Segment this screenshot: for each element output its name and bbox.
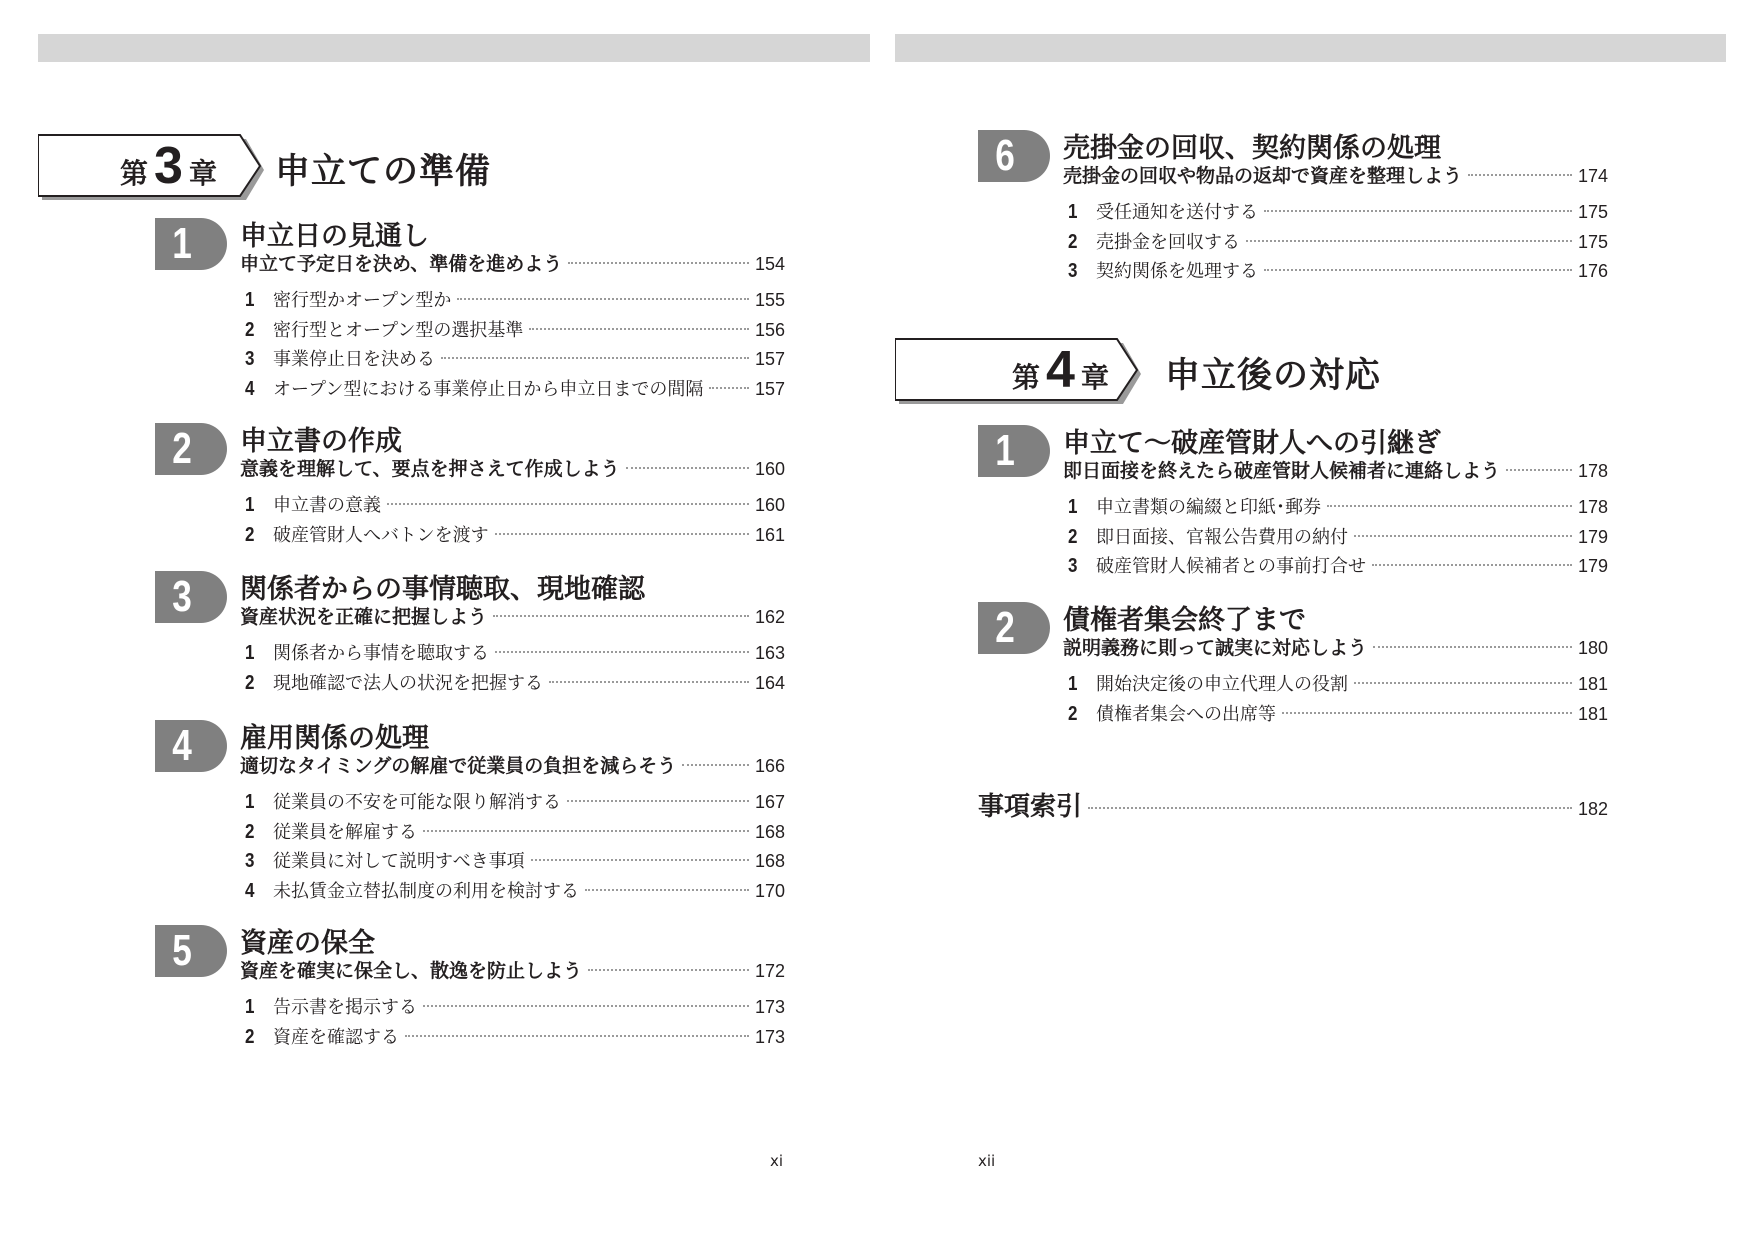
dotted-leader: [626, 467, 749, 469]
dotted-leader: [567, 800, 749, 802]
section-number: 4: [160, 722, 203, 770]
toc-item[interactable]: 2売掛金を回収する175: [1068, 228, 1608, 254]
item-number: 3: [245, 348, 269, 371]
page-number: 178: [1578, 461, 1608, 482]
page-number: 181: [1578, 674, 1608, 695]
item-number: 4: [245, 880, 269, 903]
toc-item[interactable]: 2即日面接、官報公告費用の納付179: [1068, 523, 1608, 549]
item-number: 1: [245, 642, 269, 665]
folio-right: xii: [978, 1152, 995, 1170]
item-number: 1: [1068, 201, 1092, 224]
item-number: 1: [245, 289, 269, 312]
section-number-badge: 2: [978, 602, 1050, 654]
section-title[interactable]: 申立日の見通し: [240, 214, 429, 253]
toc-item[interactable]: 1告示書を掲示する173: [245, 993, 785, 1019]
dotted-leader: [1282, 712, 1572, 714]
folio-left: xi: [770, 1152, 783, 1170]
page-number: 162: [755, 607, 785, 628]
dotted-leader: [682, 764, 749, 766]
item-label: 申立書類の編綴と印紙･郵券: [1096, 493, 1321, 519]
item-number: 4: [245, 378, 269, 401]
toc-item[interactable]: 1関係者から事情を聴取する163: [245, 639, 785, 665]
section-number: 2: [983, 604, 1026, 652]
dotted-leader: [1354, 535, 1572, 537]
item-label: 債権者集会への出席等: [1096, 700, 1276, 726]
page-number: 179: [1578, 527, 1608, 548]
section-subtitle: 資産状況を正確に把握しよう: [240, 602, 487, 629]
item-label: 従業員に対して説明すべき事項: [273, 847, 525, 873]
section-title[interactable]: 資産の保全: [240, 921, 375, 960]
item-label: 密行型とオープン型の選択基準: [273, 316, 523, 342]
dotted-leader: [531, 859, 749, 861]
item-label: 告示書を掲示する: [273, 993, 417, 1019]
section-number: 1: [983, 427, 1026, 475]
item-label: 事業停止日を決める: [273, 345, 435, 371]
page-number: 168: [755, 822, 785, 843]
section-number-badge: 4: [155, 720, 227, 772]
toc-item[interactable]: 3契約関係を処理する176: [1068, 257, 1608, 283]
chapter-title: 申立ての準備: [275, 144, 491, 194]
section-number: 5: [160, 927, 203, 975]
section-number: 6: [983, 132, 1026, 180]
dotted-leader: [423, 830, 749, 832]
page-number: 173: [755, 997, 785, 1018]
section-title[interactable]: 申立書の作成: [240, 419, 402, 458]
item-number: 3: [1068, 260, 1092, 283]
page-number: 155: [755, 290, 785, 311]
chapter-number: 3: [154, 140, 183, 192]
section-title[interactable]: 申立て～破産管財人への引継ぎ: [1063, 421, 1441, 460]
item-number: 2: [245, 524, 269, 547]
index-label: 事項索引: [978, 786, 1082, 823]
page-number: 180: [1578, 638, 1608, 659]
chapter-title: 申立後の対応: [1165, 348, 1381, 398]
dotted-leader: [1088, 807, 1572, 809]
page-number: 168: [755, 851, 785, 872]
dotted-leader: [1372, 564, 1572, 566]
section-subtitle: 即日面接を終えたら破産管財人候補者に連絡しよう: [1063, 456, 1500, 483]
toc-item[interactable]: 2密行型とオープン型の選択基準156: [245, 316, 785, 342]
dotted-leader: [493, 615, 749, 617]
toc-item[interactable]: 1密行型かオープン型か155: [245, 286, 785, 312]
item-number: 3: [245, 850, 269, 873]
dotted-leader: [1264, 210, 1572, 212]
section-number-badge: 2: [155, 423, 227, 475]
page-number: 172: [755, 961, 785, 982]
dotted-leader: [1354, 682, 1572, 684]
section-subtitle-row[interactable]: 意義を理解して、要点を押さえて作成しよう160: [240, 454, 785, 481]
item-label: 受任通知を送付する: [1096, 198, 1258, 224]
dotted-leader: [709, 387, 749, 389]
dotted-leader: [1468, 174, 1572, 176]
section-subtitle-row[interactable]: 即日面接を終えたら破産管財人候補者に連絡しよう178: [1063, 456, 1608, 483]
section-number-badge: 5: [155, 925, 227, 977]
section-subtitle: 説明義務に則って誠実に対応しよう: [1063, 633, 1367, 660]
dotted-leader: [1506, 469, 1572, 471]
page-number: 173: [755, 1027, 785, 1048]
dotted-leader: [568, 262, 749, 264]
page-number: 179: [1578, 556, 1608, 577]
section-subtitle-row[interactable]: 資産状況を正確に把握しよう162: [240, 602, 785, 629]
section-subtitle: 資産を確実に保全し、散逸を防止しよう: [240, 956, 582, 983]
item-label: 契約関係を処理する: [1096, 257, 1258, 283]
toc-item[interactable]: 3従業員に対して説明すべき事項168: [245, 847, 785, 873]
section-subtitle-row[interactable]: 売掛金の回収や物品の返却で資産を整理しよう174: [1063, 161, 1608, 188]
page-number: 160: [755, 495, 785, 516]
page-number: 156: [755, 320, 785, 341]
section-subtitle: 売掛金の回収や物品の返却で資産を整理しよう: [1063, 161, 1462, 188]
section-title[interactable]: 債権者集会終了まで: [1063, 598, 1306, 637]
section-subtitle: 意義を理解して、要点を押さえて作成しよう: [240, 454, 620, 481]
item-number: 2: [1068, 231, 1092, 254]
toc-item[interactable]: 1受任通知を送付する175: [1068, 198, 1608, 224]
right-header-bar: [895, 34, 1726, 62]
section-number: 3: [160, 573, 203, 621]
section-number: 2: [160, 425, 203, 473]
page-number: 170: [755, 881, 785, 902]
item-label: 申立書の意義: [273, 491, 381, 517]
item-label: 破産管財人へバトンを渡す: [273, 521, 489, 547]
toc-item[interactable]: 3破産管財人候補者との事前打合せ179: [1068, 552, 1608, 578]
page-number: 161: [755, 525, 785, 546]
toc-item[interactable]: 2破産管財人へバトンを渡す161: [245, 521, 785, 547]
toc-item[interactable]: 2現地確認で法人の状況を把握する164: [245, 669, 785, 695]
section-subtitle: 申立て予定日を決め、準備を進めよう: [240, 249, 562, 276]
section-number-badge: 6: [978, 130, 1050, 182]
page-number: 164: [755, 673, 785, 694]
section-title[interactable]: 雇用関係の処理: [240, 716, 429, 755]
dotted-leader: [405, 1035, 749, 1037]
item-number: 1: [1068, 496, 1092, 519]
section-number-badge: 3: [155, 571, 227, 623]
dotted-leader: [588, 969, 749, 971]
section-number: 1: [160, 220, 203, 268]
item-number: 2: [1068, 526, 1092, 549]
item-number: 3: [1068, 555, 1092, 578]
page-number: 167: [755, 792, 785, 813]
section-title[interactable]: 関係者からの事情聴取、現地確認: [240, 567, 645, 606]
dotted-leader: [441, 357, 749, 359]
item-number: 1: [245, 791, 269, 814]
item-number: 1: [1068, 673, 1092, 696]
dotted-leader: [585, 889, 749, 891]
item-label: 従業員の不安を可能な限り解消する: [273, 788, 561, 814]
section-subtitle-row[interactable]: 資産を確実に保全し、散逸を防止しよう172: [240, 956, 785, 983]
chapter-label: 第 4 章: [1012, 344, 1109, 396]
page-number: 160: [755, 459, 785, 480]
dotted-leader: [423, 1005, 749, 1007]
section-title[interactable]: 売掛金の回収、契約関係の処理: [1063, 126, 1441, 165]
page-number: 157: [755, 379, 785, 400]
section-subtitle-row[interactable]: 説明義務に則って誠実に対応しよう180: [1063, 633, 1608, 660]
item-number: 2: [245, 672, 269, 695]
item-label: 即日面接、官報公告費用の納付: [1096, 523, 1348, 549]
dotted-leader: [1246, 240, 1572, 242]
left-header-bar: [38, 34, 870, 62]
section-subtitle: 適切なタイミングの解雇で従業員の負担を減らそう: [240, 751, 676, 778]
toc-item[interactable]: 2資産を確認する173: [245, 1023, 785, 1049]
dotted-leader: [529, 328, 749, 330]
page-number: 174: [1578, 166, 1608, 187]
toc-item[interactable]: 4オープン型における事業停止日から申立日までの間隔157: [245, 375, 785, 401]
item-label: 破産管財人候補者との事前打合せ: [1096, 552, 1366, 578]
toc-item[interactable]: 1開始決定後の申立代理人の役割181: [1068, 670, 1608, 696]
item-label: 開始決定後の申立代理人の役割: [1096, 670, 1348, 696]
toc-item[interactable]: 4未払賃金立替払制度の利用を検討する170: [245, 877, 785, 903]
page-number: 163: [755, 643, 785, 664]
toc-item[interactable]: 2従業員を解雇する168: [245, 818, 785, 844]
page-number: 181: [1578, 704, 1608, 725]
item-label: 関係者から事情を聴取する: [273, 639, 489, 665]
section-subtitle-row[interactable]: 適切なタイミングの解雇で従業員の負担を減らそう166: [240, 751, 785, 778]
page-number: 157: [755, 349, 785, 370]
page-number: 175: [1578, 232, 1608, 253]
item-label: オープン型における事業停止日から申立日までの間隔: [273, 375, 703, 401]
dotted-leader: [387, 503, 749, 505]
chapter-number: 4: [1046, 344, 1075, 396]
chapter-label: 第 3 章: [120, 140, 217, 192]
page-number: 154: [755, 254, 785, 275]
page-number: 166: [755, 756, 785, 777]
page-number: 178: [1578, 497, 1608, 518]
item-label: 現地確認で法人の状況を把握する: [273, 669, 543, 695]
dotted-leader: [1327, 505, 1572, 507]
section-subtitle-row[interactable]: 申立て予定日を決め、準備を進めよう154: [240, 249, 785, 276]
item-label: 従業員を解雇する: [273, 818, 417, 844]
dotted-leader: [549, 681, 749, 683]
section-number-badge: 1: [155, 218, 227, 270]
item-number: 2: [245, 1026, 269, 1049]
dotted-leader: [1373, 646, 1572, 648]
item-number: 2: [245, 319, 269, 342]
page-number: 176: [1578, 261, 1608, 282]
dotted-leader: [495, 533, 749, 535]
item-label: 売掛金を回収する: [1096, 228, 1240, 254]
index-entry[interactable]: 事項索引 182: [978, 786, 1608, 823]
item-number: 1: [245, 494, 269, 517]
item-number: 2: [245, 821, 269, 844]
item-number: 1: [245, 996, 269, 1019]
item-label: 未払賃金立替払制度の利用を検討する: [273, 877, 579, 903]
section-number-badge: 1: [978, 425, 1050, 477]
toc-item[interactable]: 3事業停止日を決める157: [245, 345, 785, 371]
dotted-leader: [1264, 269, 1572, 271]
dotted-leader: [495, 651, 749, 653]
chapter-3-banner: 第 3 章: [38, 134, 268, 198]
toc-item[interactable]: 1従業員の不安を可能な限り解消する167: [245, 788, 785, 814]
item-number: 2: [1068, 703, 1092, 726]
item-label: 密行型かオープン型か: [273, 286, 451, 312]
dotted-leader: [457, 298, 749, 300]
toc-item[interactable]: 1申立書の意義160: [245, 491, 785, 517]
chapter-4-banner: 第 4 章: [895, 338, 1145, 402]
toc-item[interactable]: 1申立書類の編綴と印紙･郵券178: [1068, 493, 1608, 519]
page-number: 182: [1578, 799, 1608, 820]
item-label: 資産を確認する: [273, 1023, 399, 1049]
toc-item[interactable]: 2債権者集会への出席等181: [1068, 700, 1608, 726]
page-number: 175: [1578, 202, 1608, 223]
